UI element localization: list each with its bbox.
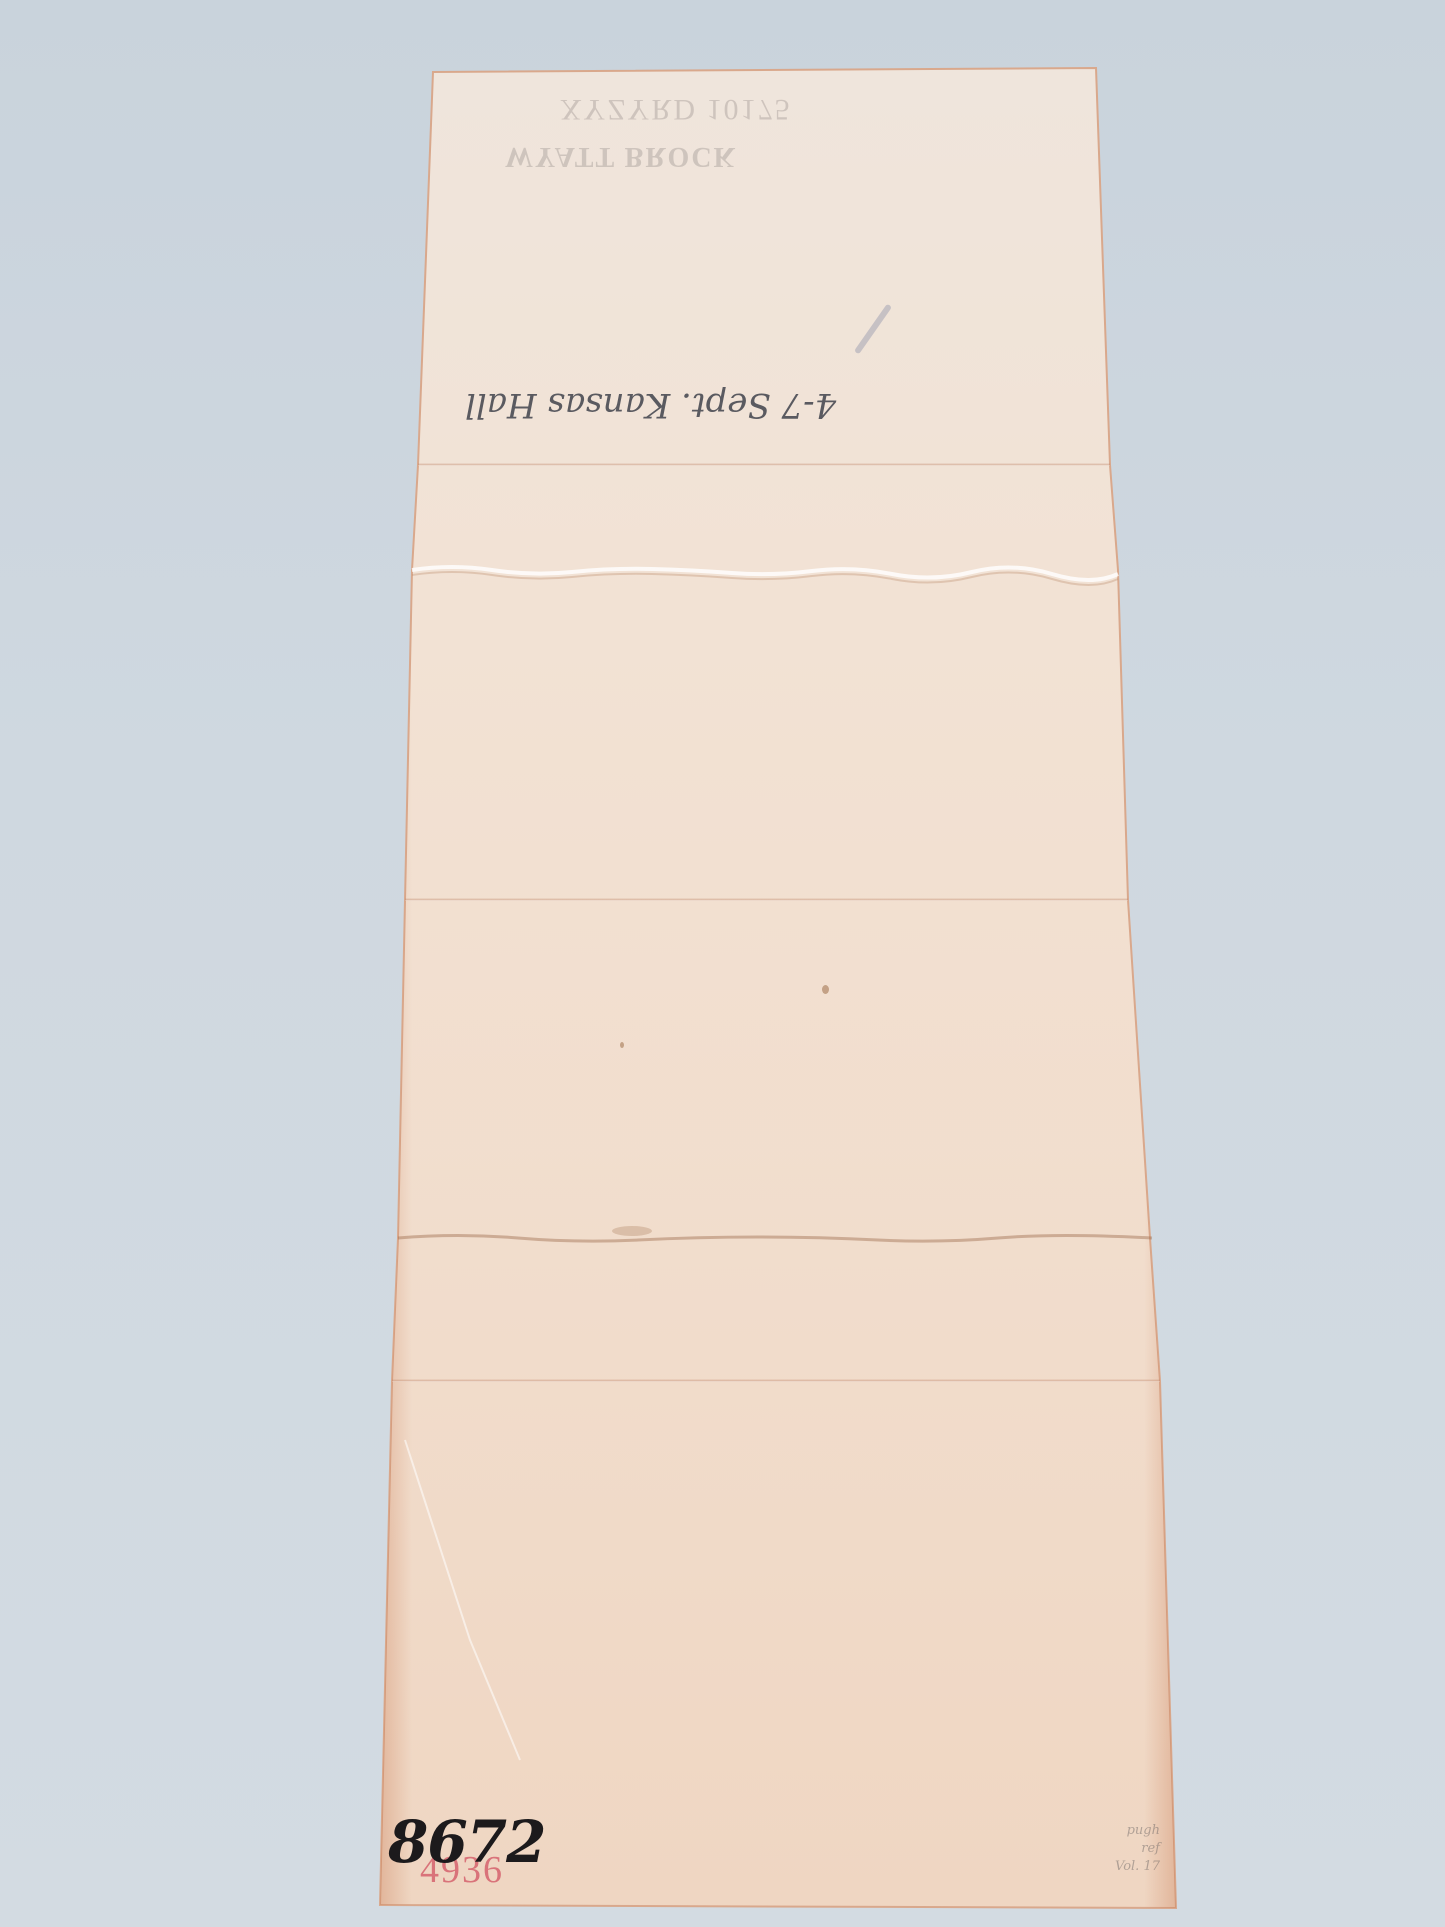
handwritten-note: 4-7 Sept. Kansas Hall (465, 385, 836, 425)
document-sheet: XYZYRD 10175 WYATT BROCK 4-7 Sept. Kansa… (0, 0, 1445, 1927)
stain (612, 1226, 652, 1236)
foxing-spot (822, 985, 829, 994)
ink-catalog-number: 8672 (388, 1808, 545, 1876)
corner-note-3: Vol. 17 (1060, 1858, 1160, 1876)
paper-shape (0, 0, 1445, 1927)
fold-line-1 (418, 463, 1110, 466)
corner-note-1: pugh (1060, 1822, 1160, 1840)
bleed-through-line-2: WYATT BROCK (505, 140, 737, 172)
foxing-spot (620, 1042, 624, 1048)
fold-line-5 (392, 1379, 1160, 1382)
corner-note-2: ref (1060, 1840, 1160, 1858)
corner-pencil-notes: pugh ref Vol. 17 (1060, 1822, 1160, 1876)
bleed-through-line-1: XYZYRD 10175 (560, 92, 792, 126)
fold-line-3 (405, 898, 1128, 901)
